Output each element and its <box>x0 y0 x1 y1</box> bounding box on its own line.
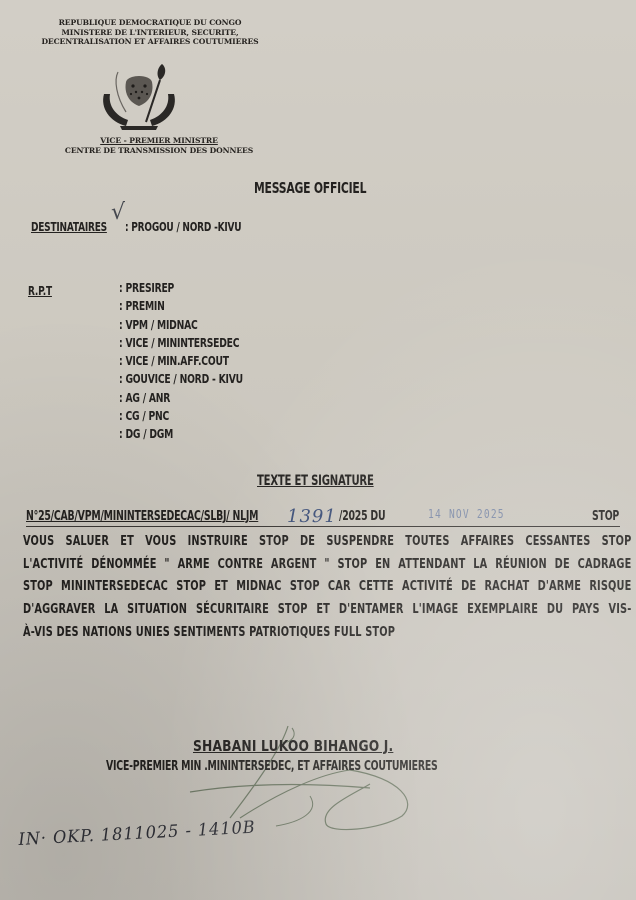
body-line: VOUS SALUER ET VOUS INSTRUIRE STOP DE SU… <box>23 530 631 553</box>
rpt-item: : VICE / MININTERSEDEC <box>119 335 243 353</box>
message-body: VOUS SALUER ET VOUS INSTRUIRE STOP DE SU… <box>23 530 631 644</box>
recipients-value: : PROGOU / NORD -KIVU <box>125 219 241 234</box>
reference-year: /2025 DU <box>339 509 385 524</box>
scanned-document-page: REPUBLIQUE DEMOCRATIQUE DU CONGO MINISTE… <box>0 0 636 900</box>
letterhead-line: MINISTERE DE L'INTERIEUR, SECURITE, <box>34 28 266 38</box>
document-title: MESSAGE OFFICIEL <box>254 179 366 197</box>
rpt-item: : DG / DGM <box>119 426 243 444</box>
body-line: STOP MININTERSEDECAC STOP ET MIDNAC STOP… <box>23 575 631 598</box>
handwritten-note: IN· OKP. 1811025 - 1410B <box>18 818 256 850</box>
rpt-item: : PREMIN <box>119 298 243 316</box>
body-line: L'ACTIVITÉ DÉNOMMÉE " ARME CONTRE ARGENT… <box>23 553 631 576</box>
rpt-item: : VPM / MIDNAC <box>119 317 243 335</box>
letterhead-line: REPUBLIQUE DEMOCRATIQUE DU CONGO <box>34 18 266 28</box>
reference-prefix: N°25/CAB/VPM/MININTERSEDECAC/SLBJ/ NLJM <box>26 509 258 524</box>
office-block: VICE - PREMIER MINISTRE CENTRE DE TRANSM… <box>50 136 268 155</box>
office-subtitle: CENTRE DE TRANSMISSION DES DONNEES <box>50 146 268 156</box>
reference-stop: STOP <box>592 509 619 524</box>
letterhead-line: DECENTRALISATION ET AFFAIRES COUTUMIERES <box>34 37 266 47</box>
checkmark-icon: √ <box>111 200 125 225</box>
body-line: D'AGGRAVER LA SITUATION SÉCURITAIRE STOP… <box>23 598 631 621</box>
rpt-item: : AG / ANR <box>119 390 243 408</box>
letterhead: REPUBLIQUE DEMOCRATIQUE DU CONGO MINISTE… <box>34 18 266 47</box>
rpt-label: R.P.T <box>28 283 52 298</box>
section-title: TEXTE ET SIGNATURE <box>257 473 374 489</box>
office-title: VICE - PREMIER MINISTRE <box>50 136 268 146</box>
signatory-title: VICE-PREMIER MIN .MININTERSEDEC, ET AFFA… <box>106 759 552 774</box>
rpt-item: : VICE / MIN.AFF.COUT <box>119 353 243 371</box>
rpt-item: : PRESIREP <box>119 280 243 298</box>
recipients-label: DESTINATAIRES <box>31 219 107 234</box>
coat-of-arms-leopard-icon <box>96 60 182 134</box>
signatory-name: SHABANI LUKOO BIHANGO J. <box>193 737 393 755</box>
rpt-list: : PRESIREP : PREMIN : VPM / MIDNAC : VIC… <box>119 280 291 445</box>
body-line: À-VIS DES NATIONS UNIES SENTIMENTS PATRI… <box>23 621 631 644</box>
date-stamp: 14 NOV 2025 <box>428 507 505 521</box>
handwritten-reference-number: 1391 <box>287 506 337 527</box>
rpt-item: : CG / PNC <box>119 408 243 426</box>
rpt-item: : GOUVICE / NORD - KIVU <box>119 371 243 389</box>
